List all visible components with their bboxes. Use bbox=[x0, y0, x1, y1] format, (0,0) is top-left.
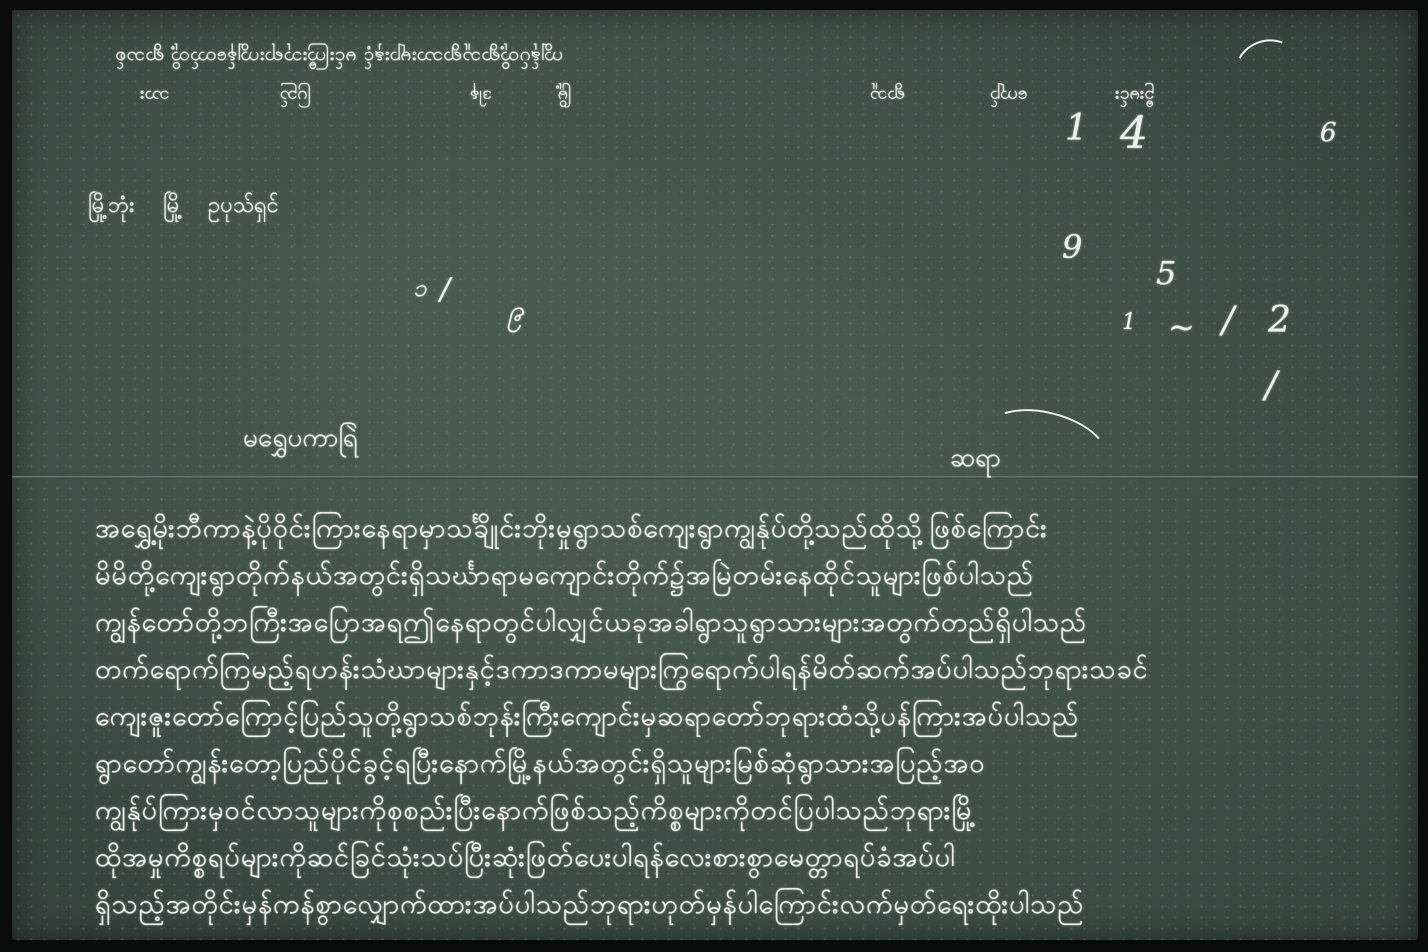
caption-left: မရွှေပကာရြဲ bbox=[243, 420, 358, 459]
body-line: ရွာတော်ကျွန်းတော့ပြည်ပိုင်ခွင့်ရပြီးနောက… bbox=[95, 740, 1365, 787]
numeral: 1 bbox=[1065, 108, 1088, 149]
body-line: ထိုအမှုကိစ္စရပ်များကိုဆင်ခြင်သုံးသပ်ပြီး… bbox=[95, 834, 1365, 881]
body-line: တက်ရောက်ကြမည့်ရဟန်းသံဃာများနှင့်ဒကာဒကာမမ… bbox=[95, 646, 1365, 693]
numeral: 2 bbox=[1268, 300, 1291, 341]
header-subword: ဦးမင်း bbox=[1115, 82, 1154, 109]
numeral: 4 bbox=[1120, 108, 1148, 159]
address-word: မြို့ဘုံး bbox=[88, 190, 134, 223]
body-line: ကျွန်တော်တို့ဘကြီးအပြောအရဤနေရာတွင်ပါလျှင… bbox=[95, 599, 1365, 646]
numeral: / bbox=[440, 272, 450, 307]
header-subword: ရွာသူ bbox=[870, 82, 905, 109]
address-word: မြို့ bbox=[163, 190, 183, 223]
numeral: ~ bbox=[1168, 308, 1195, 346]
numeral: 9 bbox=[1062, 228, 1082, 266]
numeral: 6 bbox=[1320, 118, 1337, 148]
header-subword: ပြည် bbox=[280, 82, 311, 109]
body-line: မိမိတို့ကျေးရွာတိုက်နယ်အတွင်းရှိသင်္ဃာရာ… bbox=[95, 552, 1365, 599]
body-line: ကျွန်ုပ်ကြားမှဝင်လာသူများကိုစုစည်းပြီးနေ… bbox=[95, 787, 1365, 834]
body-line: အရွှေ့မိုးဘီကာနဲ့ပိုဝိုင်းကြားနေရာမှာသင်… bbox=[95, 505, 1365, 552]
header-subword: သား bbox=[140, 82, 169, 109]
header-subword: မြို့ bbox=[555, 82, 571, 109]
numeral: ၁ bbox=[413, 272, 427, 308]
address-word: ဥပုသ်ရှင် bbox=[208, 190, 279, 223]
fold-crease bbox=[12, 476, 1418, 479]
numeral: / bbox=[1222, 300, 1234, 341]
header-line: ကျွန်ုပ်တို့ရွာသူရွာသားများနှင့် မင်းကြီ… bbox=[115, 42, 563, 70]
body-line: ရှိသည့်အတိုင်းမှန်ကန်စွာလျှောက်ထားအပ်ပါသ… bbox=[95, 881, 1365, 928]
numeral: ၉ bbox=[508, 292, 524, 334]
body-text: အရွှေ့မိုးဘီကာနဲ့ပိုဝိုင်းကြားနေရာမှာသင်… bbox=[95, 505, 1365, 928]
numeral: / bbox=[1265, 365, 1277, 406]
numeral: 1 bbox=[1122, 310, 1136, 335]
caption-right: ဆရာ bbox=[950, 440, 1001, 479]
header-subword: ဒါန bbox=[470, 82, 492, 109]
numeral: 5 bbox=[1156, 254, 1176, 292]
body-line: ကျေးဇူးတော်ကြောင့်ပြည်သူတို့ရွာသစ်ဘုန်းက… bbox=[95, 693, 1365, 740]
header-subword: ကျော် bbox=[990, 82, 1028, 109]
